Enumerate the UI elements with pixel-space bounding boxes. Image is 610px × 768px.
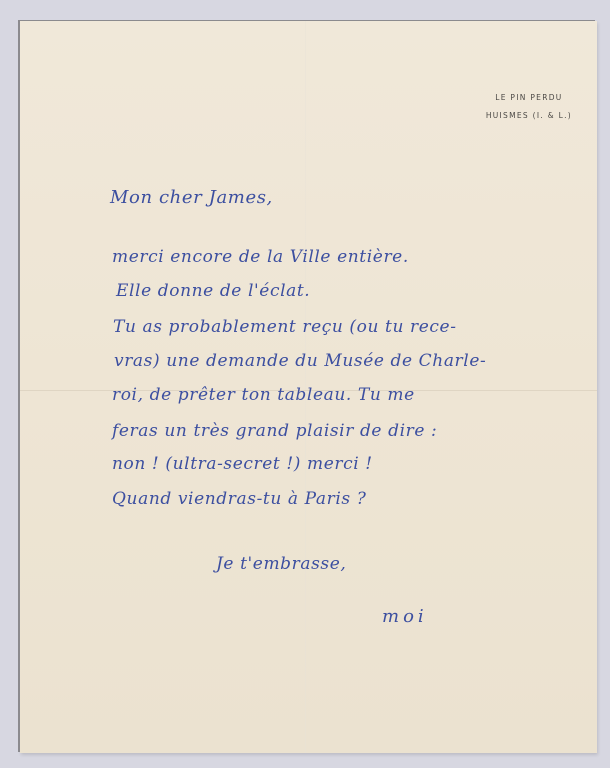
signature: moi	[382, 606, 428, 627]
letterhead: LE PIN PERDU HUISMES (I. & L.)	[486, 89, 572, 125]
closing: Je t'embrasse,	[216, 554, 346, 574]
letter-line: Quand viendras-tu à Paris ?	[112, 489, 366, 509]
letter-line: Elle donne de l'éclat.	[116, 281, 310, 301]
letterhead-name: LE PIN PERDU	[486, 89, 572, 107]
letterhead-address: HUISMES (I. & L.)	[486, 107, 572, 125]
letter-line: Tu as probablement reçu (ou tu rece-	[113, 317, 457, 337]
letter-line: non ! (ultra-secret !) merci !	[112, 454, 373, 474]
letter-line: feras un très grand plaisir de dire :	[112, 421, 437, 441]
letter-line: vras) une demande du Musée de Charle-	[114, 351, 486, 371]
letter-line: roi, de prêter ton tableau. Tu me	[112, 385, 415, 405]
salutation: Mon cher James,	[110, 187, 273, 208]
letter-paper: LE PIN PERDU HUISMES (I. & L.) Mon cher …	[20, 21, 597, 753]
letter-line: merci encore de la Ville entière.	[112, 247, 409, 267]
